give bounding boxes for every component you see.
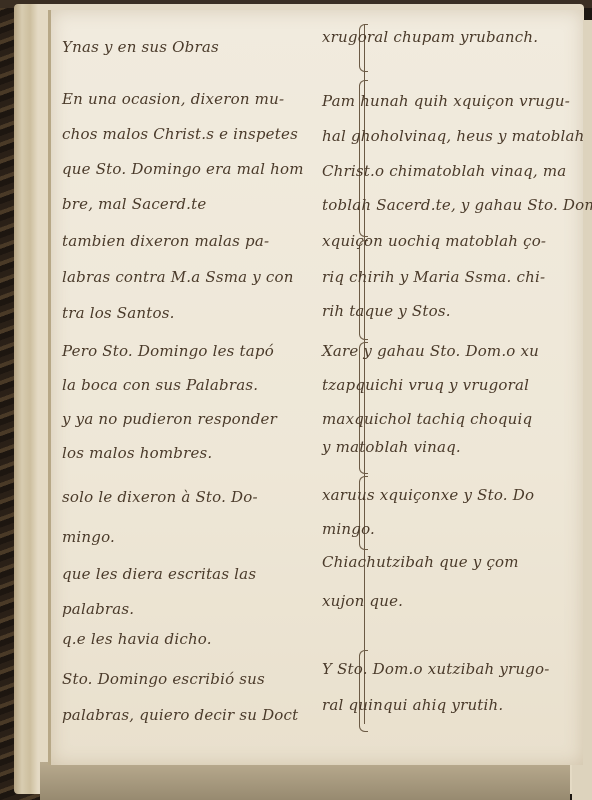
text-line: que les diera escritas las: [62, 565, 256, 583]
text-line: riq chirih y Maria Ssma. chi-: [322, 268, 545, 286]
text-line: Xare y gahau Sto. Dom.o xu: [322, 342, 539, 360]
text-line: y ya no pudieron responder: [62, 410, 277, 428]
text-line: xrugoral chupam yrubanch.: [322, 28, 538, 46]
text-line: xujon que.: [322, 592, 403, 610]
text-line: toblah Sacerd.te, y gahau Sto. Dom.o,: [322, 196, 592, 214]
text-line: los malos hombres.: [62, 444, 212, 462]
text-line: palabras.: [62, 600, 134, 618]
text-line: y matoblah vinaq.: [322, 438, 461, 456]
text-line: Sto. Domingo escribió sus: [62, 670, 265, 688]
text-line: Pero Sto. Domingo les tapó: [62, 342, 274, 360]
text-line: Christ.o chimatoblah vinaq, ma: [322, 162, 566, 180]
text-line: solo le dixeron à Sto. Do-: [62, 488, 258, 506]
text-line: Ynas y en sus Obras: [62, 38, 219, 56]
text-line: xquiçon uochiq matoblah ço-: [322, 232, 546, 250]
text-line: bre, mal Sacerd.te: [62, 195, 206, 213]
text-line: q.e les havia dicho.: [62, 630, 212, 648]
text-line: hal ghoholvinaq, heus y matoblah: [322, 127, 585, 145]
text-line: palabras, quiero decir su Doct: [62, 706, 298, 724]
bracket: [359, 240, 368, 340]
text-line: ral quinqui ahiq yrutih.: [322, 696, 503, 714]
text-line: que Sto. Domingo era mal hom: [62, 160, 304, 178]
text-line: rih taque y Stos.: [322, 302, 451, 320]
text-line: la boca con sus Palabras.: [62, 376, 258, 394]
text-line: Pam hunah quih xquiçon vrugu-: [322, 92, 570, 110]
text-line: tra los Santos.: [62, 304, 175, 322]
text-line: xaruus xquiçonxe y Sto. Do: [322, 486, 534, 504]
text-line: tzapquichi vruq y vrugoral: [322, 376, 529, 394]
text-line: En una ocasion, dixeron mu-: [62, 90, 284, 108]
text-line: maxquichol tachiq choquiq: [322, 410, 532, 428]
text-line: mingo.: [62, 528, 115, 546]
text-line: tambien dixeron malas pa-: [62, 232, 269, 250]
text-line: Y Sto. Dom.o xutzibah yrugo-: [322, 660, 550, 678]
text-line: labras contra M.a Ssma y con: [62, 268, 294, 286]
page-bottom-edge: [40, 762, 570, 800]
text-line: Chiachutzibah que y çom: [322, 553, 519, 571]
text-line: mingo.: [322, 520, 375, 538]
text-line: chos malos Christ.s e inspetes: [62, 125, 298, 143]
